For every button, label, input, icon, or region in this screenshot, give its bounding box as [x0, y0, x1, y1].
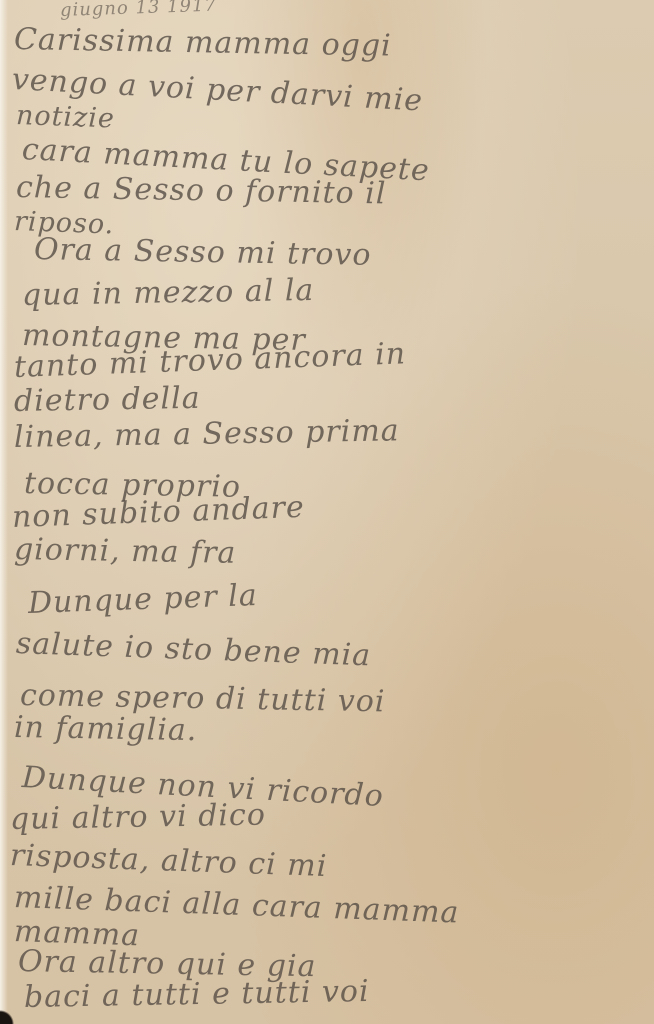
letter-line: salute io sto bene mia [15, 626, 371, 673]
letter-line: Ora a Sesso mi trovo [34, 232, 372, 273]
letter-line: Dunque per la [27, 578, 258, 621]
paper-edge [0, 0, 8, 1024]
postcard-page: giugno 13 1917 Carissima mamma oggi veng… [0, 0, 654, 1024]
letter-line: qui altro vi dico [10, 798, 266, 837]
letter-line: in famiglia. [14, 710, 198, 748]
letter-line: Carissima mamma oggi [14, 22, 392, 64]
letter-line: linea, ma a Sesso prima [14, 413, 400, 455]
letter-line: risposta, altro ci mi [9, 838, 327, 884]
letter-line: che a Sesso o fornito il [16, 170, 387, 211]
letter-line: baci a tutti e tutti voi [24, 974, 370, 1015]
letter-line: qua in mezzo al la [22, 273, 315, 313]
corner-shadow [0, 1002, 22, 1024]
letter-line: giorni, ma fra [14, 532, 237, 571]
letter-date: giugno 13 1917 [60, 0, 218, 21]
letter-line: notizie [15, 100, 115, 134]
letter-line: dietro della [14, 381, 201, 419]
